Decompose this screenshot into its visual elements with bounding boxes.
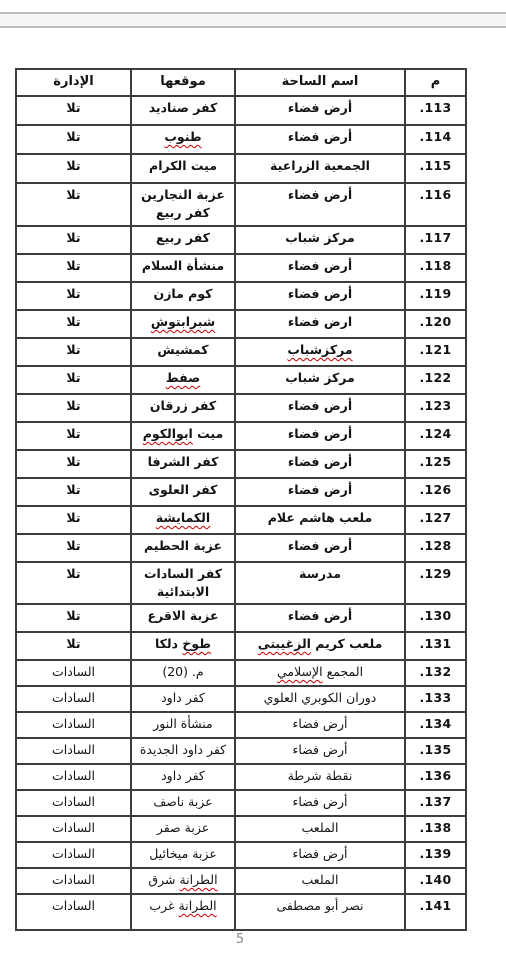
arena-name-cell-text: أرض فضاء (288, 129, 352, 144)
row-number: .126 (405, 478, 466, 506)
arena-name-cell: نقطة شرطة (235, 764, 405, 790)
row-number: .133 (405, 686, 466, 712)
row-number: .128 (405, 534, 466, 562)
arena-name-cell-text: مركز شباب (285, 230, 355, 245)
location-cell: كفر داود (131, 686, 235, 712)
location-cell-text: م. (20) (162, 664, 203, 679)
arena-name-cell-text: الزغيبتى (258, 636, 311, 651)
row-number: .127 (405, 506, 466, 534)
row-number: .139 (405, 842, 466, 868)
arena-name-cell-text: أرض فضاء (292, 794, 347, 809)
table-row: .127ملعب هاشم علامالكمايشةتلا (16, 506, 466, 534)
arena-name-cell-text: أرض فضاء (288, 426, 352, 441)
administration-cell: السادات (16, 894, 131, 930)
table-row: .113أرض فضاءكفر صناديدتلا (16, 96, 466, 125)
table-row: .134أرض فضاءمنشأة النورالسادات (16, 712, 466, 738)
arena-name-cell: الملعب (235, 816, 405, 842)
location-cell-text: كفر السادات الابتدائية (144, 566, 222, 599)
arena-name-cell: أرض فضاء (235, 534, 405, 562)
arena-name-cell-text: أرض فضاء (288, 454, 352, 469)
row-number: .140 (405, 868, 466, 894)
arena-name-cell: أرض فضاء (235, 422, 405, 450)
table-row: .139أرض فضاءعزبة ميخائيلالسادات (16, 842, 466, 868)
location-cell-text: غرب (149, 898, 178, 913)
table-row: .128أرض فضاءعزبة الحطيمتلا (16, 534, 466, 562)
location-cell-text: كفر ربيع (156, 230, 210, 245)
arena-name-cell: مركزشباب (235, 338, 405, 366)
location-cell-text: كفر داود (161, 690, 205, 705)
table-row: .140الملعبالطرانة شرقالسادات (16, 868, 466, 894)
administration-cell: السادات (16, 816, 131, 842)
administration-cell: السادات (16, 790, 131, 816)
arena-name-cell: أرض فضاء (235, 790, 405, 816)
table-row: .123أرض فضاءكفر زرقانتلا (16, 394, 466, 422)
row-number: .141 (405, 894, 466, 930)
arena-name-cell-text: أرض فضاء (288, 482, 352, 497)
table-row: .120ارض فضاءشبرابتوشتلا (16, 310, 466, 338)
arena-name-cell-text: أرض فضاء (288, 187, 352, 202)
arena-name-cell-text: الجمعية الزراعية (270, 158, 370, 173)
location-cell: ميت الكرام (131, 154, 235, 183)
row-number: .117 (405, 226, 466, 254)
arena-name-cell: أرض فضاء (235, 712, 405, 738)
location-cell: عزبة ميخائيل (131, 842, 235, 868)
arena-name-cell: ارض فضاء (235, 310, 405, 338)
arena-name-cell: الجمعية الزراعية (235, 154, 405, 183)
location-cell: شبرابتوش (131, 310, 235, 338)
col-header-admin: الإدارة (16, 69, 131, 96)
location-cell-text: عزبة الاقرع (147, 608, 218, 623)
administration-cell: تلا (16, 183, 131, 226)
location-cell-text: ميت (193, 426, 223, 441)
administration-cell: تلا (16, 96, 131, 125)
row-number: .113 (405, 96, 466, 125)
arena-name-cell: أرض فضاء (235, 183, 405, 226)
location-cell: كوم مازن (131, 282, 235, 310)
location-cell: عزبة الحطيم (131, 534, 235, 562)
header-row: م اسم الساحة موقعها الإدارة (16, 69, 466, 96)
administration-cell: تلا (16, 478, 131, 506)
row-number: .131 (405, 632, 466, 660)
table-row: .137أرض فضاءعزبة ناصفالسادات (16, 790, 466, 816)
row-number: .129 (405, 562, 466, 604)
row-number: .114 (405, 125, 466, 154)
row-number: .135 (405, 738, 466, 764)
row-number: .134 (405, 712, 466, 738)
arena-name-cell-text: الملعب (302, 872, 339, 887)
administration-cell: السادات (16, 764, 131, 790)
arena-name-cell: الملعب (235, 868, 405, 894)
table-row: .132المجمع الإسلاميم. (20)السادات (16, 660, 466, 686)
location-cell-text: كمشيش (157, 342, 208, 357)
location-cell: الطرانة غرب (131, 894, 235, 930)
arena-name-cell-text: ارض فضاء (288, 314, 352, 329)
table-row: .117مركز شبابكفر ربيعتلا (16, 226, 466, 254)
location-cell: كفر داود الجديدة (131, 738, 235, 764)
arena-name-cell-text: أرض فضاء (288, 258, 352, 273)
row-number: .125 (405, 450, 466, 478)
location-cell-text: ميت الكرام (149, 158, 217, 173)
arena-name-cell: مركز شباب (235, 226, 405, 254)
arena-name-cell: أرض فضاء (235, 125, 405, 154)
location-cell-text: صفط (166, 370, 200, 385)
row-number: .115 (405, 154, 466, 183)
table-row: .124أرض فضاءميت ابوالكومتلا (16, 422, 466, 450)
table-row: .122مركز شبابصفطتلا (16, 366, 466, 394)
page-break-band (0, 12, 506, 28)
table-row: .131ملعب كريم الزغيبتىطوخ دلكاتلا (16, 632, 466, 660)
col-header-location: موقعها (131, 69, 235, 96)
arena-name-cell: أرض فضاء (235, 478, 405, 506)
location-cell-text: عزبة ميخائيل (149, 846, 217, 861)
arena-name-cell-text: أرض فضاء (288, 100, 352, 115)
arena-name-cell-text: أرض فضاء (288, 608, 352, 623)
arena-name-cell-text: ملعب كريم (311, 636, 382, 651)
administration-cell: تلا (16, 604, 131, 632)
location-cell-text: كفر زرقان (150, 398, 216, 413)
table-row: .133دوران الكوبري العلويكفر داودالسادات (16, 686, 466, 712)
table-row: .115الجمعية الزراعيةميت الكرامتلا (16, 154, 466, 183)
location-cell: كفر السادات الابتدائية (131, 562, 235, 604)
arena-name-cell: مركز شباب (235, 366, 405, 394)
table-row: .118أرض فضاءمنشأة السلامتلا (16, 254, 466, 282)
location-cell-text: كوم مازن (154, 286, 213, 301)
row-number: .121 (405, 338, 466, 366)
location-cell: منشأة السلام (131, 254, 235, 282)
administration-cell: السادات (16, 868, 131, 894)
arena-name-cell-text: مدرسة (299, 566, 341, 581)
location-cell-text: عزبة الحطيم (144, 538, 222, 553)
location-cell: طوخ دلكا (131, 632, 235, 660)
location-cell-text: طوخ (182, 636, 211, 651)
arena-name-cell: أرض فضاء (235, 842, 405, 868)
location-cell-text: كفر صناديد (149, 100, 218, 115)
location-cell: كفر ربيع (131, 226, 235, 254)
row-number: .116 (405, 183, 466, 226)
administration-cell: السادات (16, 686, 131, 712)
arena-name-cell: ملعب هاشم علام (235, 506, 405, 534)
table-row: .119أرض فضاءكوم مازنتلا (16, 282, 466, 310)
location-cell-text: دلكا (155, 636, 182, 651)
location-cell-text: الطرانة (179, 872, 217, 887)
row-number: .136 (405, 764, 466, 790)
table-row: .121مركزشبابكمشيشتلا (16, 338, 466, 366)
location-cell-text: كفر العلوى (149, 482, 218, 497)
row-number: .120 (405, 310, 466, 338)
arena-name-cell-text: أرض فضاء (292, 742, 347, 757)
administration-cell: تلا (16, 632, 131, 660)
administration-cell: تلا (16, 506, 131, 534)
table-row: .129مدرسةكفر السادات الابتدائيةتلا (16, 562, 466, 604)
arena-name-cell-text: ملعب هاشم علام (268, 510, 372, 525)
administration-cell: تلا (16, 366, 131, 394)
location-cell-text: كفر الشرفا (148, 454, 219, 469)
administration-cell: تلا (16, 310, 131, 338)
arena-name-cell: أرض فضاء (235, 604, 405, 632)
administration-cell: السادات (16, 712, 131, 738)
arena-name-cell: نصر أبو مصطفى (235, 894, 405, 930)
row-number: .130 (405, 604, 466, 632)
arena-name-cell-text: مركز شباب (285, 370, 355, 385)
location-cell: عزبة ناصف (131, 790, 235, 816)
administration-cell: السادات (16, 660, 131, 686)
row-number: .132 (405, 660, 466, 686)
location-cell-text: عزبة النجارين كفر ربيع (141, 187, 225, 220)
location-cell: الطرانة شرق (131, 868, 235, 894)
arena-name-cell-text: أرض فضاء (288, 286, 352, 301)
administration-cell: السادات (16, 842, 131, 868)
arena-name-cell-text: نصر أبو مصطفى (276, 898, 363, 913)
administration-cell: تلا (16, 338, 131, 366)
administration-cell: تلا (16, 450, 131, 478)
row-number: .137 (405, 790, 466, 816)
administration-cell: تلا (16, 226, 131, 254)
arena-name-cell-text: الإسلامي (277, 664, 323, 679)
arena-name-cell: أرض فضاء (235, 96, 405, 125)
arena-name-cell-text: نقطة شرطة (288, 768, 353, 783)
col-header-name: اسم الساحة (235, 69, 405, 96)
administration-cell: تلا (16, 562, 131, 604)
location-cell: كفر داود (131, 764, 235, 790)
location-cell-text: عزبة ناصف (153, 794, 212, 809)
location-cell: منشأة النور (131, 712, 235, 738)
location-cell-text: الطرانة (179, 898, 217, 913)
location-cell: كفر زرقان (131, 394, 235, 422)
administration-cell: تلا (16, 534, 131, 562)
row-number: .118 (405, 254, 466, 282)
location-cell-text: ابوالكوم (143, 426, 193, 441)
locations-table: م اسم الساحة موقعها الإدارة .113أرض فضاء… (15, 68, 467, 931)
location-cell: طنوب (131, 125, 235, 154)
col-header-num: م (405, 69, 466, 96)
location-cell-text: شرق (148, 872, 179, 887)
location-cell-text: الكمايشة (156, 510, 210, 525)
table-row: .126أرض فضاءكفر العلوىتلا (16, 478, 466, 506)
arena-name-cell: مدرسة (235, 562, 405, 604)
location-cell: كفر صناديد (131, 96, 235, 125)
location-cell: عزبة الاقرع (131, 604, 235, 632)
table-row: .125أرض فضاءكفر الشرفاتلا (16, 450, 466, 478)
location-cell: عزبة النجارين كفر ربيع (131, 183, 235, 226)
document-page: { "page": { "number": "5" }, "table": { … (0, 0, 506, 960)
row-number: .122 (405, 366, 466, 394)
arena-name-cell-text: المجمع (323, 664, 363, 679)
administration-cell: تلا (16, 422, 131, 450)
arena-name-cell: أرض فضاء (235, 450, 405, 478)
table-row: .116أرض فضاءعزبة النجارين كفر ربيعتلا (16, 183, 466, 226)
location-cell: كمشيش (131, 338, 235, 366)
location-cell-text: شبرابتوش (151, 314, 215, 329)
location-cell-text: منشأة النور (153, 716, 213, 731)
row-number: .123 (405, 394, 466, 422)
administration-cell: تلا (16, 254, 131, 282)
location-cell: كفر العلوى (131, 478, 235, 506)
location-cell-text: طنوب (164, 129, 201, 144)
table-row: .130أرض فضاءعزبة الاقرعتلا (16, 604, 466, 632)
arena-name-cell: أرض فضاء (235, 738, 405, 764)
table-row: .136نقطة شرطةكفر داودالسادات (16, 764, 466, 790)
administration-cell: تلا (16, 282, 131, 310)
location-cell: م. (20) (131, 660, 235, 686)
row-number: .124 (405, 422, 466, 450)
row-number: .119 (405, 282, 466, 310)
arena-name-cell-text: أرض فضاء (292, 716, 347, 731)
location-cell-text: عزبة صقر (157, 820, 209, 835)
page-number: 5 (15, 932, 465, 947)
administration-cell: السادات (16, 738, 131, 764)
administration-cell: تلا (16, 394, 131, 422)
location-cell-text: كفر داود (161, 768, 205, 783)
arena-name-cell-text: الملعب (302, 820, 339, 835)
arena-name-cell-text: أرض فضاء (292, 846, 347, 861)
table-row: .135أرض فضاءكفر داود الجديدةالسادات (16, 738, 466, 764)
table-row: .138الملعبعزبة صقرالسادات (16, 816, 466, 842)
arena-name-cell: دوران الكوبري العلوي (235, 686, 405, 712)
arena-name-cell: أرض فضاء (235, 394, 405, 422)
arena-name-cell-text: دوران الكوبري العلوي (264, 690, 377, 705)
location-cell-text: كفر داود الجديدة (140, 742, 226, 757)
table-row: .114أرض فضاءطنوبتلا (16, 125, 466, 154)
arena-name-cell: ملعب كريم الزغيبتى (235, 632, 405, 660)
table-row: .141نصر أبو مصطفىالطرانة غربالسادات (16, 894, 466, 930)
arena-name-cell-text: مركزشباب (287, 342, 352, 357)
administration-cell: تلا (16, 125, 131, 154)
administration-cell: تلا (16, 154, 131, 183)
arena-name-cell: أرض فضاء (235, 282, 405, 310)
location-cell: عزبة صقر (131, 816, 235, 842)
location-cell: كفر الشرفا (131, 450, 235, 478)
location-cell: ميت ابوالكوم (131, 422, 235, 450)
arena-name-cell-text: أرض فضاء (288, 398, 352, 413)
location-cell-text: منشأة السلام (142, 258, 224, 273)
location-cell: الكمايشة (131, 506, 235, 534)
row-number: .138 (405, 816, 466, 842)
arena-name-cell: المجمع الإسلامي (235, 660, 405, 686)
arena-name-cell-text: أرض فضاء (288, 538, 352, 553)
location-cell: صفط (131, 366, 235, 394)
arena-name-cell: أرض فضاء (235, 254, 405, 282)
